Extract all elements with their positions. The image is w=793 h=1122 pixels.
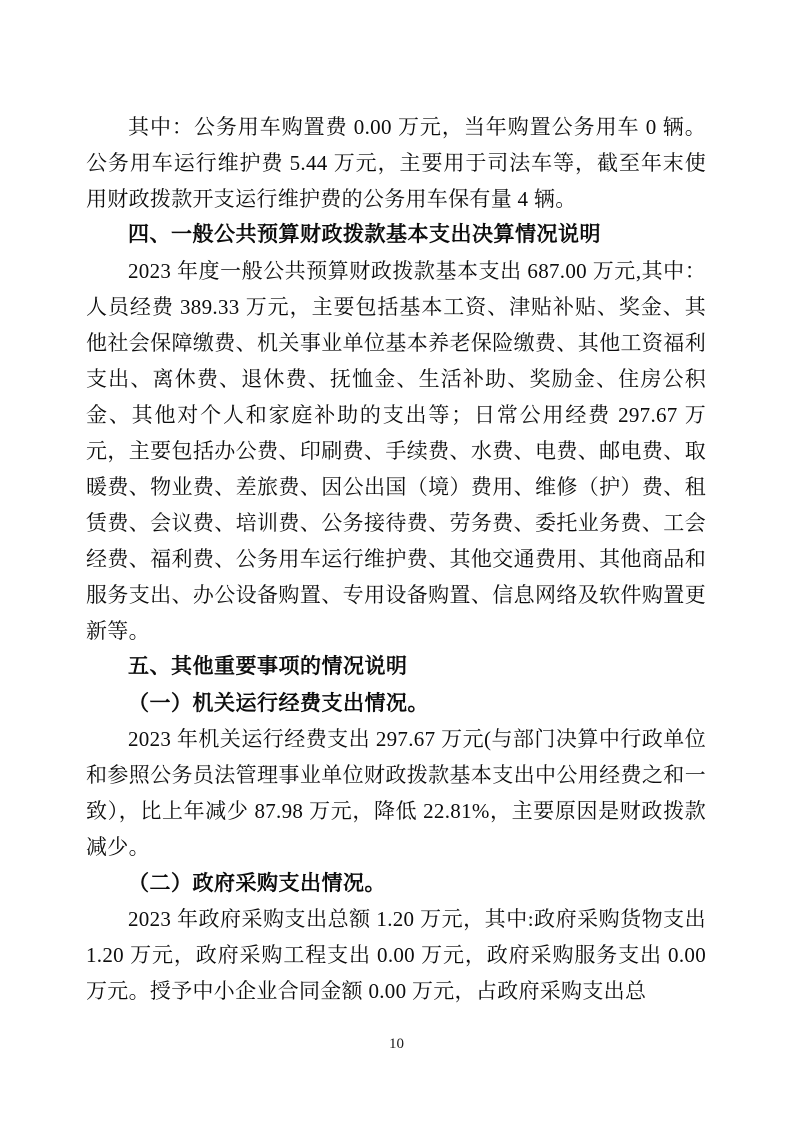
document-page: 其中：公务用车购置费 0.00 万元，当年购置公务用车 0 辆。公务用车运行维护… bbox=[0, 0, 793, 1122]
para-official-vehicle-detail: 其中：公务用车购置费 0.00 万元，当年购置公务用车 0 辆。公务用车运行维护… bbox=[86, 109, 706, 217]
subheading-5-1-agency-operating-expense: （一）机关运行经费支出情况。 bbox=[86, 685, 706, 721]
heading-section-5-other-important-matters: 五、其他重要事项的情况说明 bbox=[86, 649, 706, 685]
document-body: 其中：公务用车购置费 0.00 万元，当年购置公务用车 0 辆。公务用车运行维护… bbox=[86, 109, 706, 1009]
para-basic-expenditure-breakdown: 2023 年度一般公共预算财政拨款基本支出 687.00 万元,其中：人员经费 … bbox=[86, 253, 706, 649]
para-agency-operating-expense-detail: 2023 年机关运行经费支出 297.67 万元(与部门决算中行政单位和参照公务… bbox=[86, 721, 706, 865]
para-government-procurement-detail: 2023 年政府采购支出总额 1.20 万元，其中:政府采购货物支出 1.20 … bbox=[86, 901, 706, 1009]
subheading-5-2-government-procurement: （二）政府采购支出情况。 bbox=[86, 865, 706, 901]
heading-section-4-basic-expenditure: 四、一般公共预算财政拨款基本支出决算情况说明 bbox=[86, 217, 706, 253]
page-number: 10 bbox=[0, 1036, 793, 1053]
